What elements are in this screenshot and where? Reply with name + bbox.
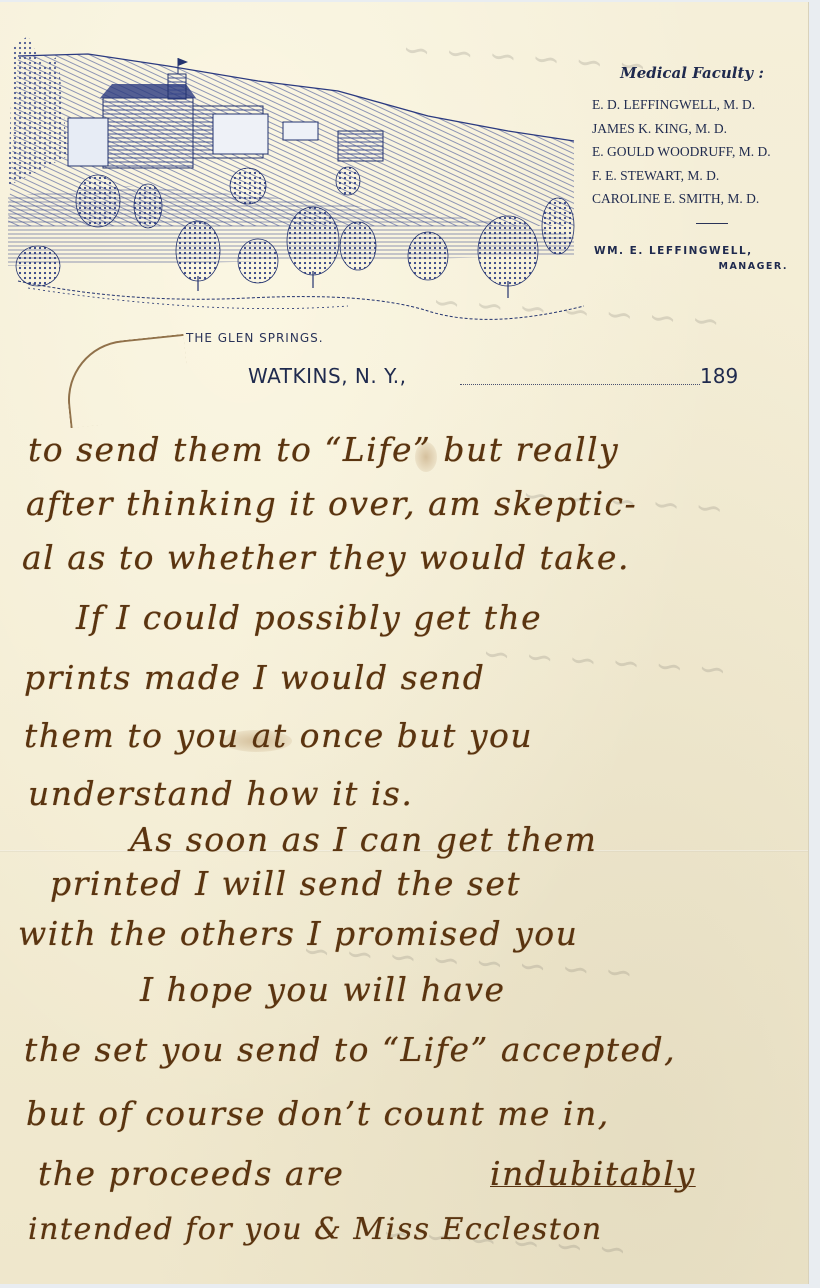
year-prefix: 189 (700, 364, 738, 388)
faculty-member: F. E. STEWART, M. D. (592, 164, 802, 188)
handwritten-line: to send them to “Life” but really (28, 430, 619, 469)
handwritten-line: the set you send to “Life” accepted, (24, 1030, 676, 1069)
handwritten-line: intended for you & Miss Eccleston (28, 1212, 603, 1247)
handwritten-line: after thinking it over, am skeptic- (26, 484, 637, 523)
manager-name: WM. E. LEFFINGWELL, (594, 245, 802, 257)
faculty-member: CAROLINE E. SMITH, M. D. (592, 187, 802, 211)
resort-engraving-illustration (8, 36, 584, 321)
illustration-caption: THE GLEN SPRINGS. (186, 331, 324, 345)
faculty-member: E. GOULD WOODRUFF, M. D. (592, 140, 802, 164)
faculty-member: E. D. LEFFINGWELL, M. D. (592, 93, 802, 117)
handwritten-line: If I could possibly get the (76, 598, 542, 637)
handwritten-line: I hope you will have (140, 970, 506, 1009)
faculty-list: E. D. LEFFINGWELL, M. D. JAMES K. KING, … (592, 93, 802, 211)
handwritten-line: As soon as I can get them (130, 820, 597, 859)
place-name: WATKINS, N. Y., (248, 364, 406, 388)
handwritten-underlined-word: indubitably (490, 1154, 696, 1193)
faculty-heading: Medical Faculty : (582, 64, 802, 82)
handwritten-line: al as to whether they would take. (22, 538, 630, 577)
margin-pen-mark (62, 334, 192, 428)
faculty-member: JAMES K. KING, M. D. (592, 117, 802, 141)
handwritten-line: printed I will send the set (50, 864, 521, 903)
bleed-through-text: ~ ~ ~ ~ ~ ~ (479, 633, 728, 690)
handwritten-line: prints made I would send (24, 658, 485, 697)
handwritten-line: them to you at once but you (24, 716, 533, 755)
manager-title: MANAGER. (592, 261, 788, 272)
letter-page: ~ ~ ~ ~ ~ ~ ~ ~ ~ ~ ~ ~ ~ ~ ~ ~ ~ ~ ~ ~ … (0, 2, 808, 1284)
dateline: WATKINS, N. Y., 189 (248, 364, 748, 394)
divider (696, 223, 728, 224)
date-blank-line (460, 384, 700, 385)
handwritten-line: the proceeds are (38, 1154, 344, 1193)
handwritten-line: with the others I promised you (18, 914, 578, 953)
handwritten-line: understand how it is. (28, 774, 413, 813)
medical-faculty-block: Medical Faculty : E. D. LEFFINGWELL, M. … (592, 64, 802, 272)
handwritten-line: but of course don’t count me in, (26, 1094, 610, 1133)
